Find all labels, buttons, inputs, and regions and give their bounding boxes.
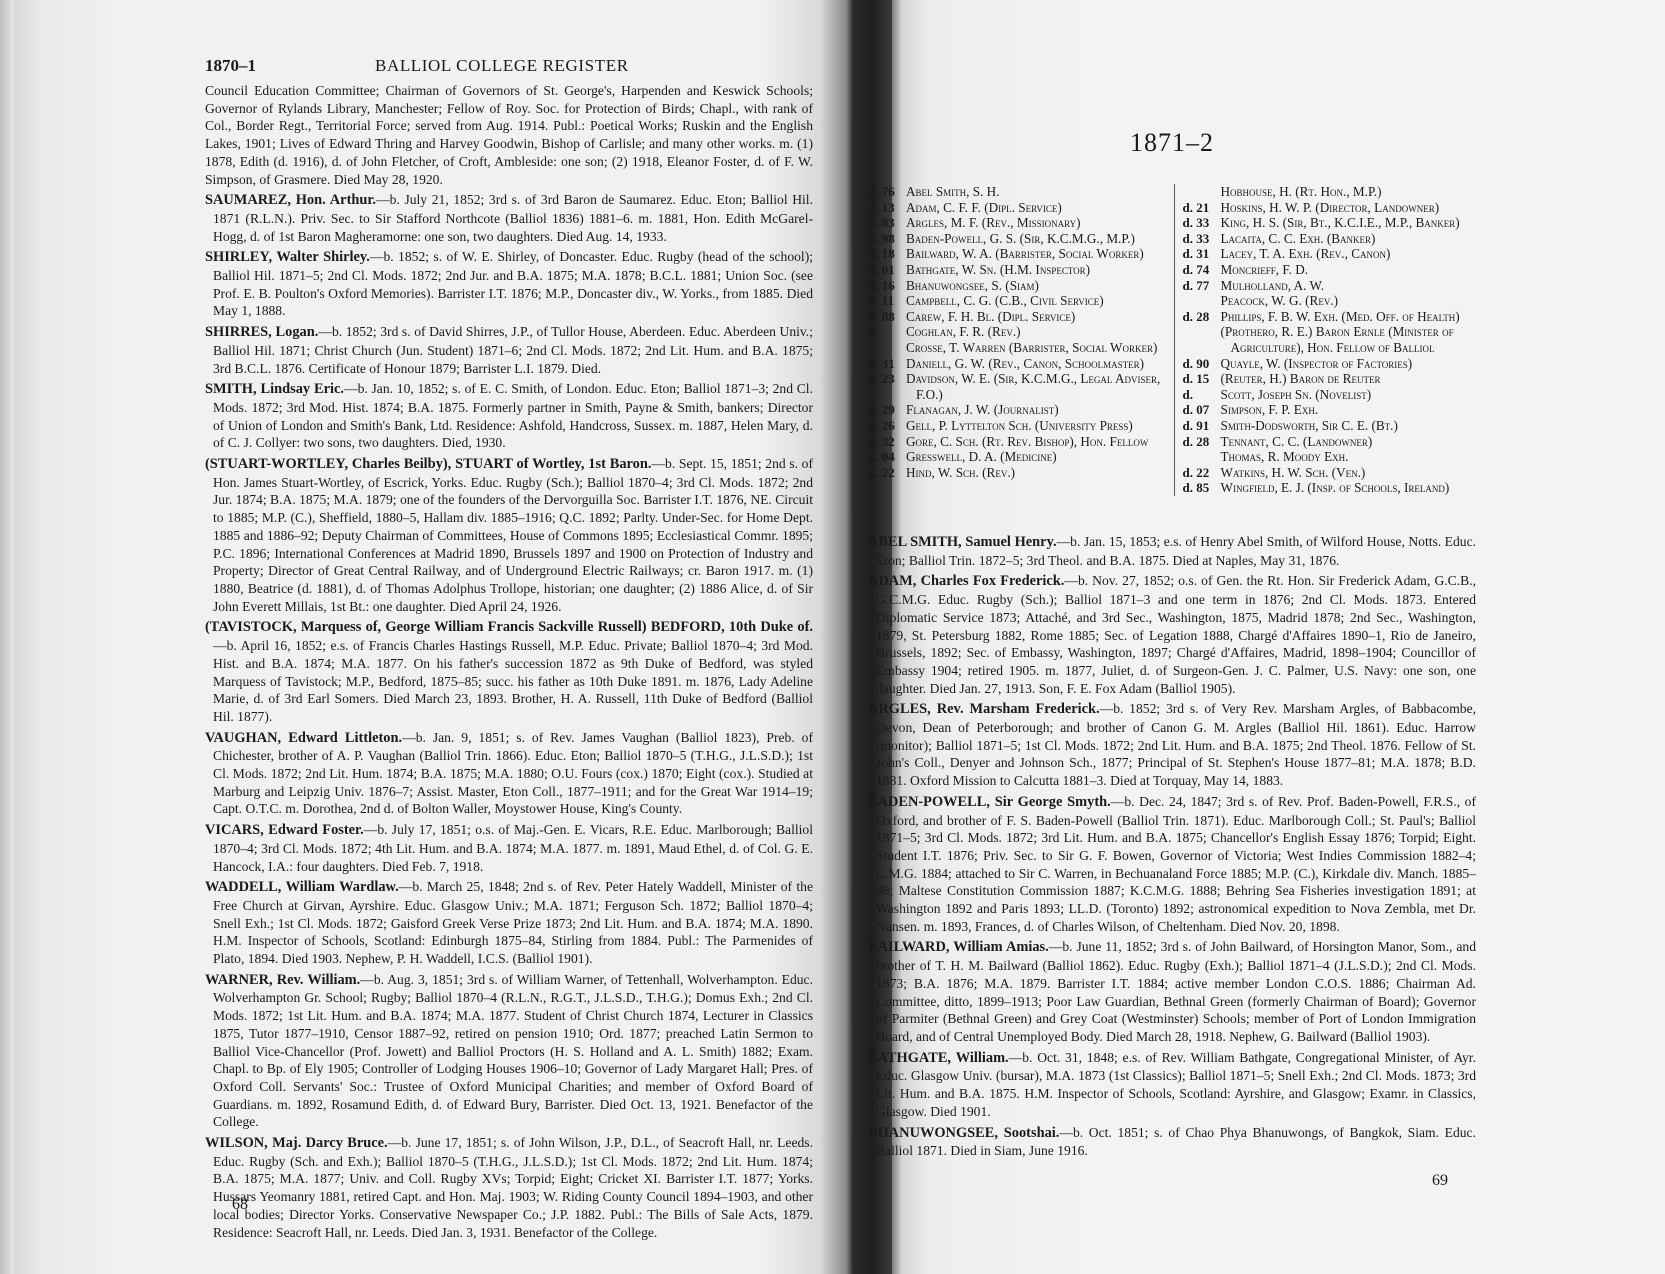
index-row: d. 28Tennant, C. C. (Landowner) bbox=[1183, 434, 1489, 450]
index-row: d. 32Gore, C. Sch. (Rt. Rev. Bishop), Ho… bbox=[868, 434, 1168, 450]
register-entry: SHIRLEY, Walter Shirley.—b. 1852; s. of … bbox=[205, 248, 813, 320]
entry-name: SAUMAREZ, Hon. Arthur. bbox=[205, 192, 376, 208]
index-name: Gell, P. Lyttelton Sch. (University Pres… bbox=[906, 418, 1168, 434]
index-row: d. 22Hind, W. Sch. (Rev.) bbox=[868, 465, 1168, 481]
index-name: Daniell, G. W. (Rev., Canon, Schoolmaste… bbox=[906, 356, 1168, 372]
index-name: Phillips, F. B. W. Exh. (Med. Off. of He… bbox=[1221, 309, 1489, 325]
index-name: Crosse, T. Warren (Barrister, Social Wor… bbox=[906, 340, 1168, 356]
index-death-year: d. 22 bbox=[868, 465, 906, 481]
entry-name: ADAM, Charles Fox Frederick. bbox=[868, 573, 1064, 589]
index-row: d. 26Gell, P. Lyttelton Sch. (University… bbox=[868, 418, 1168, 434]
index-row: d. 04Gresswell, D. A. (Medicine) bbox=[868, 449, 1168, 465]
index-death-year bbox=[1183, 293, 1221, 309]
index-death-year: d. 83 bbox=[868, 215, 906, 231]
index-row: d.Scott, Joseph Sn. (Novelist) bbox=[1183, 387, 1489, 403]
index-name: Watkins, H. W. Sch. (Ven.) bbox=[1221, 465, 1489, 481]
index-death-year: d. 77 bbox=[1183, 278, 1221, 294]
index-name: Adam, C. F. F. (Dipl. Service) bbox=[906, 200, 1168, 216]
index-name: (Reuter, H.) Baron de Reuter bbox=[1221, 371, 1489, 387]
index-row: d. 33King, H. S. (Sir, Bt., K.C.I.E., M.… bbox=[1183, 215, 1489, 231]
index-row: d. 16Bhanuwongsee, S. (Siam) bbox=[868, 278, 1168, 294]
index-row: Hobhouse, H. (Rt. Hon., M.P.) bbox=[1183, 184, 1489, 200]
index-death-year: d. 98 bbox=[868, 231, 906, 247]
index-row: d. 18Bailward, W. A. (Barrister, Social … bbox=[868, 246, 1168, 262]
register-entry: (STUART-WORTLEY, Charles Beilby), STUART… bbox=[205, 455, 813, 615]
index-death-year: d. 28 bbox=[1183, 434, 1221, 450]
index-row: d. 29Flanagan, J. W. (Journalist) bbox=[868, 402, 1168, 418]
index-death-year: d. 23 bbox=[868, 371, 906, 402]
index-name: Baden-Powell, G. S. (Sir, K.C.M.G., M.P.… bbox=[906, 231, 1168, 247]
entry-name: BAILWARD, William Amias. bbox=[868, 939, 1049, 955]
index-row: d. 15(Reuter, H.) Baron de Reuter bbox=[1183, 371, 1489, 387]
index-row: d. 21Hoskins, H. W. P. (Director, Landow… bbox=[1183, 200, 1489, 216]
index-row: d. 22Watkins, H. W. Sch. (Ven.) bbox=[1183, 465, 1489, 481]
entry-name: SHIRLEY, Walter Shirley. bbox=[205, 249, 370, 265]
index-row: d. 91Smith-Dodsworth, Sir C. E. (Bt.) bbox=[1183, 418, 1489, 434]
index-death-year: d. 26 bbox=[868, 418, 906, 434]
index-name: Thomas, R. Moody Exh. bbox=[1221, 449, 1489, 465]
index-row: d. 74Moncrieff, F. D. bbox=[1183, 262, 1489, 278]
entry-text: —b. Aug. 3, 1851; 3rd s. of William Warn… bbox=[213, 972, 813, 1130]
index-row: d. 88Carew, F. H. Bl. (Dipl. Service) bbox=[868, 309, 1168, 325]
entry-text: —b. Nov. 27, 1852; o.s. of Gen. the Rt. … bbox=[876, 573, 1476, 695]
index-death-year: d. 88 bbox=[868, 309, 906, 325]
register-entry: BATHGATE, William.—b. Oct. 31, 1848; e.s… bbox=[868, 1049, 1476, 1121]
index-name: Simpson, F. P. Exh. bbox=[1221, 402, 1489, 418]
entry-continuation: Council Education Committee; Chairman of… bbox=[205, 82, 813, 188]
index-name: Lacaita, C. C. Exh. (Banker) bbox=[1221, 231, 1489, 247]
running-head-year: 1870–1 bbox=[205, 56, 375, 76]
index-death-year: d. 16 bbox=[868, 278, 906, 294]
index-name: (Prothero, R. E.) Baron Ernle (Minister … bbox=[1221, 324, 1489, 355]
index-name: Gresswell, D. A. (Medicine) bbox=[906, 449, 1168, 465]
index-name: Bailward, W. A. (Barrister, Social Worke… bbox=[906, 246, 1168, 262]
page-edge bbox=[0, 0, 14, 1274]
index-death-year: d. 91 bbox=[1183, 418, 1221, 434]
index-column-right: Hobhouse, H. (Rt. Hon., M.P.) d. 21Hoski… bbox=[1174, 184, 1489, 496]
index-name: Lacey, T. A. Exh. (Rev., Canon) bbox=[1221, 246, 1489, 262]
index-row: d. 33Lacaita, C. C. Exh. (Banker) bbox=[1183, 231, 1489, 247]
index-row: d. 07Simpson, F. P. Exh. bbox=[1183, 402, 1489, 418]
index-death-year: d. 15 bbox=[1183, 371, 1221, 387]
index-name: Hind, W. Sch. (Rev.) bbox=[906, 465, 1168, 481]
index-name: King, H. S. (Sir, Bt., K.C.I.E., M.P., B… bbox=[1221, 215, 1489, 231]
index-name: Bathgate, W. Sn. (H.M. Inspector) bbox=[906, 262, 1168, 278]
index-death-year: d. 33 bbox=[1183, 215, 1221, 231]
index-death-year: d. 33 bbox=[1183, 231, 1221, 247]
index-name: Moncrieff, F. D. bbox=[1221, 262, 1489, 278]
index-row: d. 28Phillips, F. B. W. Exh. (Med. Off. … bbox=[1183, 309, 1489, 325]
index-row: d. 13Adam, C. F. F. (Dipl. Service) bbox=[868, 200, 1168, 216]
index-death-year bbox=[1183, 184, 1221, 200]
entry-name: ARGLES, Rev. Marsham Frederick. bbox=[868, 701, 1100, 717]
register-entry: WARNER, Rev. William.—b. Aug. 3, 1851; 3… bbox=[205, 971, 813, 1131]
index-death-year: d. 01 bbox=[868, 262, 906, 278]
index-name: Bhanuwongsee, S. (Siam) bbox=[906, 278, 1168, 294]
entry-name: WILSON, Maj. Darcy Bruce. bbox=[205, 1135, 388, 1151]
index-row: d. 85Wingfield, E. J. (Insp. of Schools,… bbox=[1183, 480, 1489, 496]
matriculation-index: d. 76Abel Smith, S. H. d. 13Adam, C. F. … bbox=[868, 184, 1488, 496]
index-death-year bbox=[1183, 449, 1221, 465]
left-page-content: 1870–1 BALLIOL COLLEGE REGISTER Council … bbox=[205, 56, 813, 1244]
running-head-title: BALLIOL COLLEGE REGISTER bbox=[375, 56, 629, 76]
index-name: Argles, M. F. (Rev., Missionary) bbox=[906, 215, 1168, 231]
book-spread: 1870–1 BALLIOL COLLEGE REGISTER Council … bbox=[0, 0, 1665, 1274]
entry-name: BATHGATE, William. bbox=[868, 1050, 1009, 1066]
register-entry: ARGLES, Rev. Marsham Frederick.—b. 1852;… bbox=[868, 700, 1476, 790]
index-death-year: d. bbox=[868, 324, 906, 340]
right-page-entries: ABEL SMITH, Samuel Henry.—b. Jan. 15, 18… bbox=[868, 533, 1476, 1163]
entry-name: (STUART-WORTLEY, Charles Beilby), STUART… bbox=[205, 456, 651, 472]
index-death-year: d. 76 bbox=[868, 184, 906, 200]
entry-name: WARNER, Rev. William. bbox=[205, 972, 360, 988]
register-entry: VICARS, Edward Foster.—b. July 17, 1851;… bbox=[205, 821, 813, 875]
index-name: Smith-Dodsworth, Sir C. E. (Bt.) bbox=[1221, 418, 1489, 434]
entry-name: SHIRRES, Logan. bbox=[205, 324, 318, 340]
register-entry: ABEL SMITH, Samuel Henry.—b. Jan. 15, 18… bbox=[868, 533, 1476, 569]
page-number-left: 68 bbox=[232, 1196, 248, 1214]
entry-name: (TAVISTOCK, Marquess of, George William … bbox=[205, 619, 813, 635]
index-death-year: d. 90 bbox=[1183, 356, 1221, 372]
register-entry: BHANUWONGSEE, Sootshai.—b. Oct. 1851; s.… bbox=[868, 1124, 1476, 1160]
index-name: Abel Smith, S. H. bbox=[906, 184, 1168, 200]
index-death-year: d. 07 bbox=[1183, 402, 1221, 418]
index-death-year: d. 13 bbox=[868, 200, 906, 216]
index-row: (Prothero, R. E.) Baron Ernle (Minister … bbox=[1183, 324, 1489, 355]
index-death-year: d. 04 bbox=[868, 449, 906, 465]
index-row: d. 11Campbell, C. G. (C.B., Civil Servic… bbox=[868, 293, 1168, 309]
register-entry: BAILWARD, William Amias.—b. June 11, 185… bbox=[868, 938, 1476, 1045]
index-death-year: d. 11 bbox=[868, 293, 906, 309]
entry-text: —b. Dec. 24, 1847; 3rd s. of Rev. Prof. … bbox=[876, 794, 1476, 934]
register-entry: ADAM, Charles Fox Frederick.—b. Nov. 27,… bbox=[868, 572, 1476, 697]
index-name: Mulholland, A. W. bbox=[1221, 278, 1489, 294]
register-entry: BADEN-POWELL, Sir George Smyth.—b. Dec. … bbox=[868, 793, 1476, 936]
entry-name: BHANUWONGSEE, Sootshai. bbox=[868, 1125, 1059, 1141]
entry-name: VICARS, Edward Foster. bbox=[205, 822, 364, 838]
index-death-year: d. bbox=[1183, 387, 1221, 403]
index-row: d. 01Bathgate, W. Sn. (H.M. Inspector) bbox=[868, 262, 1168, 278]
index-name: Hobhouse, H. (Rt. Hon., M.P.) bbox=[1221, 184, 1489, 200]
index-death-year: d. 31 bbox=[1183, 246, 1221, 262]
index-death-year: d. 21 bbox=[1183, 200, 1221, 216]
entry-name: SMITH, Lindsay Eric. bbox=[205, 381, 344, 397]
index-death-year: d. 74 bbox=[1183, 262, 1221, 278]
register-entry: (TAVISTOCK, Marquess of, George William … bbox=[205, 618, 813, 725]
index-row: d. 98Baden-Powell, G. S. (Sir, K.C.M.G.,… bbox=[868, 231, 1168, 247]
index-death-year bbox=[1183, 324, 1221, 355]
entry-name: BADEN-POWELL, Sir George Smyth. bbox=[868, 794, 1111, 810]
index-name: Flanagan, J. W. (Journalist) bbox=[906, 402, 1168, 418]
register-entry: VAUGHAN, Edward Littleton.—b. Jan. 9, 18… bbox=[205, 729, 813, 819]
entry-text: —b. April 16, 1852; e.s. of Francis Char… bbox=[213, 638, 813, 724]
index-row: d. 90Quayle, W. (Inspector of Factories) bbox=[1183, 356, 1489, 372]
register-entry: SAUMAREZ, Hon. Arthur.—b. July 21, 1852;… bbox=[205, 191, 813, 245]
index-death-year: d. 31 bbox=[868, 356, 906, 372]
index-row: d. 31Lacey, T. A. Exh. (Rev., Canon) bbox=[1183, 246, 1489, 262]
running-head: 1870–1 BALLIOL COLLEGE REGISTER bbox=[205, 56, 813, 78]
index-name: Tennant, C. C. (Landowner) bbox=[1221, 434, 1489, 450]
index-column-left: d. 76Abel Smith, S. H. d. 13Adam, C. F. … bbox=[868, 184, 1168, 496]
index-death-year bbox=[868, 340, 906, 356]
register-entry: SHIRRES, Logan.—b. 1852; 3rd s. of David… bbox=[205, 323, 813, 377]
index-name: Gore, C. Sch. (Rt. Rev. Bishop), Hon. Fe… bbox=[906, 434, 1168, 450]
index-row: d. 31Daniell, G. W. (Rev., Canon, School… bbox=[868, 356, 1168, 372]
index-death-year: d. 29 bbox=[868, 402, 906, 418]
index-name: Wingfield, E. J. (Insp. of Schools, Irel… bbox=[1221, 480, 1489, 496]
index-name: Hoskins, H. W. P. (Director, Landowner) bbox=[1221, 200, 1489, 216]
index-row: Crosse, T. Warren (Barrister, Social Wor… bbox=[868, 340, 1168, 356]
entry-text: —b. Sept. 15, 1851; 2nd s. of Hon. James… bbox=[213, 456, 813, 614]
index-death-year: d. 28 bbox=[1183, 309, 1221, 325]
register-entry: WILSON, Maj. Darcy Bruce.—b. June 17, 18… bbox=[205, 1134, 813, 1241]
register-entry: SMITH, Lindsay Eric.—b. Jan. 10, 1852; s… bbox=[205, 380, 813, 452]
entry-name: VAUGHAN, Edward Littleton. bbox=[205, 730, 402, 746]
index-name: Quayle, W. (Inspector of Factories) bbox=[1221, 356, 1489, 372]
section-year-heading: 1871–2 bbox=[1130, 128, 1214, 158]
entry-name: ABEL SMITH, Samuel Henry. bbox=[868, 534, 1057, 550]
index-name: Davidson, W. E. (Sir, K.C.M.G., Legal Ad… bbox=[906, 371, 1168, 402]
entry-name: WADDELL, William Wardlaw. bbox=[205, 879, 399, 895]
index-row: d. 77Mulholland, A. W. bbox=[1183, 278, 1489, 294]
index-row: d. 83Argles, M. F. (Rev., Missionary) bbox=[868, 215, 1168, 231]
index-row: d. 23Davidson, W. E. (Sir, K.C.M.G., Leg… bbox=[868, 371, 1168, 402]
index-name: Campbell, C. G. (C.B., Civil Service) bbox=[906, 293, 1168, 309]
index-death-year: d. 85 bbox=[1183, 480, 1221, 496]
register-entry: WADDELL, William Wardlaw.—b. March 25, 1… bbox=[205, 878, 813, 968]
page-number-right: 69 bbox=[1432, 1172, 1448, 1190]
index-name: Scott, Joseph Sn. (Novelist) bbox=[1221, 387, 1489, 403]
index-death-year: d. 18 bbox=[868, 246, 906, 262]
index-row: d.Coghlan, F. R. (Rev.) bbox=[868, 324, 1168, 340]
index-row: Peacock, W. G. (Rev.) bbox=[1183, 293, 1489, 309]
index-row: Thomas, R. Moody Exh. bbox=[1183, 449, 1489, 465]
index-name: Peacock, W. G. (Rev.) bbox=[1221, 293, 1489, 309]
index-death-year: d. 32 bbox=[868, 434, 906, 450]
index-name: Coghlan, F. R. (Rev.) bbox=[906, 324, 1168, 340]
index-name: Carew, F. H. Bl. (Dipl. Service) bbox=[906, 309, 1168, 325]
index-death-year: d. 22 bbox=[1183, 465, 1221, 481]
index-row: d. 76Abel Smith, S. H. bbox=[868, 184, 1168, 200]
